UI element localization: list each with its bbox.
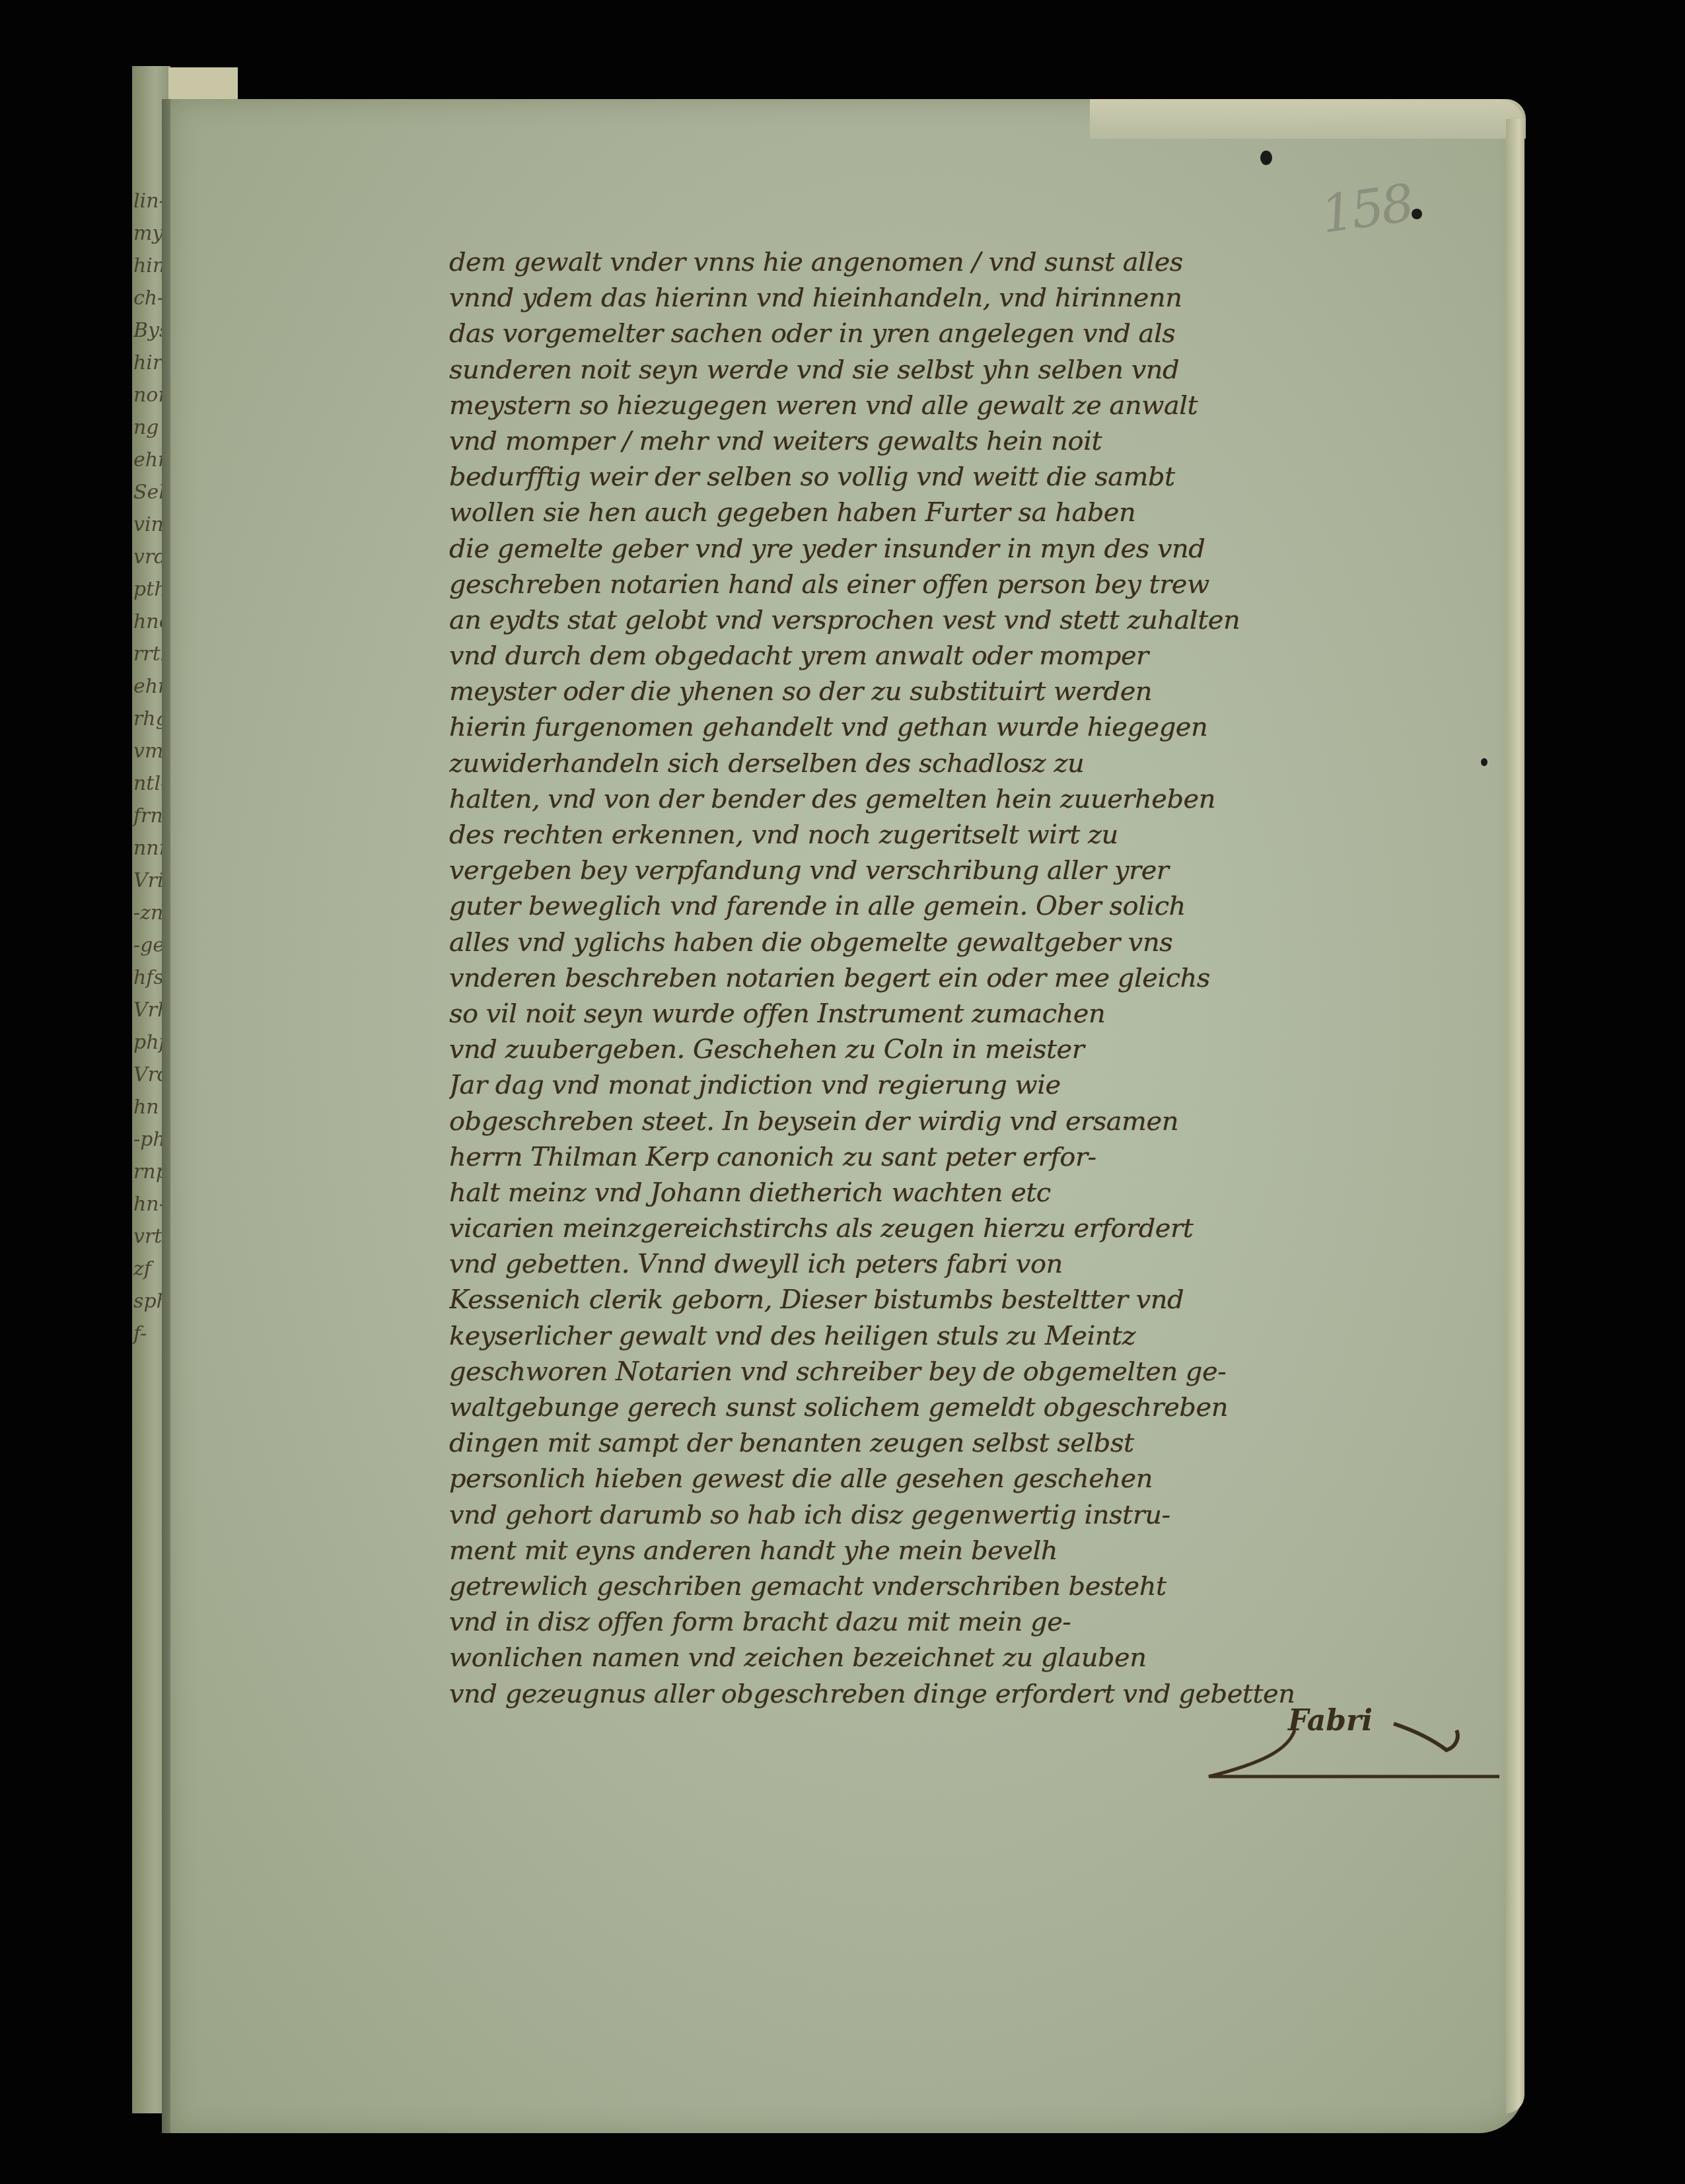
manuscript-text: dem gewalt vnder vnns hie angenomen / vn… bbox=[449, 244, 1506, 1712]
manuscript-line: halt meinz vnd Johann dietherich wachten… bbox=[449, 1175, 1506, 1211]
manuscript-line: alles vnd yglichs haben die obgemelte ge… bbox=[449, 925, 1506, 960]
manuscript-line: obgeschreben steet. In beysein der wirdi… bbox=[449, 1104, 1506, 1139]
manuscript-line: geschworen Notarien vnd schreiber bey de… bbox=[449, 1354, 1506, 1390]
manuscript-line: getrewlich geschriben gemacht vnderschri… bbox=[449, 1568, 1506, 1604]
folio-number: 158 bbox=[1317, 174, 1415, 245]
manuscript-line: vnd in disz offen form bracht dazu mit m… bbox=[449, 1604, 1506, 1640]
manuscript-line: keyserlicher gewalt vnd des heiligen stu… bbox=[449, 1318, 1506, 1354]
manuscript-line: das vorgemelter sachen oder in yren ange… bbox=[449, 316, 1506, 351]
manuscript-line: so vil noit seyn wurde offen Instrument … bbox=[449, 996, 1506, 1032]
manuscript-line: wonlichen namen vnd zeichen bezeichnet z… bbox=[449, 1640, 1506, 1675]
manuscript-line: vnd gehort darumb so hab ich disz gegenw… bbox=[449, 1497, 1506, 1533]
manuscript-line: meyster oder die yhenen so der zu substi… bbox=[449, 674, 1506, 709]
manuscript-line: an eydts stat gelobt vnd versprochen ves… bbox=[449, 602, 1506, 638]
manuscript-line: geschreben notarien hand als einer offen… bbox=[449, 567, 1506, 602]
manuscript-line: vnd momper / mehr vnd weiters gewalts he… bbox=[449, 423, 1506, 459]
manuscript-line: vnnd ydem das hierinn vnd hieinhandeln, … bbox=[449, 280, 1506, 316]
manuscript-line: die gemelte geber vnd yre yeder insunder… bbox=[449, 531, 1506, 567]
manuscript-line: Kessenich clerik geborn, Dieser bistumbs… bbox=[449, 1282, 1506, 1318]
manuscript-line: herrn Thilman Kerp canonich zu sant pete… bbox=[449, 1139, 1506, 1175]
manuscript-line: ment mit eyns anderen handt yhe mein bev… bbox=[449, 1533, 1506, 1568]
manuscript-line: vicarien meinzgereichstirchs als zeugen … bbox=[449, 1211, 1506, 1246]
manuscript-line: vnd durch dem obgedacht yrem anwalt oder… bbox=[449, 638, 1506, 674]
manuscript-line: dem gewalt vnder vnns hie angenomen / vn… bbox=[449, 244, 1506, 280]
manuscript-line: halten, vnd von der bender des gemelten … bbox=[449, 781, 1506, 817]
manuscript-line: dingen mit sampt der benanten zeugen sel… bbox=[449, 1425, 1506, 1461]
manuscript-line: waltgebunge gerech sunst solichem gemeld… bbox=[449, 1390, 1506, 1425]
page-right-edge bbox=[1506, 119, 1524, 2113]
manuscript-line: guter beweglich vnd farende in alle geme… bbox=[449, 888, 1506, 924]
manuscript-line: sunderen noit seyn werde vnd sie selbst … bbox=[449, 352, 1506, 388]
page-top-edge bbox=[1090, 99, 1526, 139]
manuscript-line: vergeben bey verpfandung vnd verschribun… bbox=[449, 853, 1506, 888]
binding-hole-icon bbox=[1260, 151, 1272, 165]
manuscript-line: vnd gebetten. Vnnd dweyll ich peters fab… bbox=[449, 1246, 1506, 1282]
manuscript-line: meystern so hiezugegen weren vnd alle ge… bbox=[449, 388, 1506, 423]
manuscript-line: Jar dag vnd monat jndiction vnd regierun… bbox=[449, 1067, 1506, 1103]
manuscript-line: wollen sie hen auch gegeben haben Furter… bbox=[449, 495, 1506, 530]
manuscript-line: vnderen beschreben notarien begert ein o… bbox=[449, 960, 1506, 996]
manuscript-line: zuwiderhandeln sich derselben des schadl… bbox=[449, 746, 1506, 781]
notary-signature: Fabri bbox=[1288, 1704, 1373, 1738]
manuscript-line: personlich hieben gewest die alle gesehe… bbox=[449, 1461, 1506, 1497]
manuscript-line: hierin furgenomen gehandelt vnd gethan w… bbox=[449, 709, 1506, 745]
manuscript-line: bedurfftig weir der selben so vollig vnd… bbox=[449, 459, 1506, 495]
manuscript-line: vnd zuubergeben. Geschehen zu Coln in me… bbox=[449, 1032, 1506, 1067]
manuscript-line: des rechten erkennen, vnd noch zugeritse… bbox=[449, 817, 1506, 853]
